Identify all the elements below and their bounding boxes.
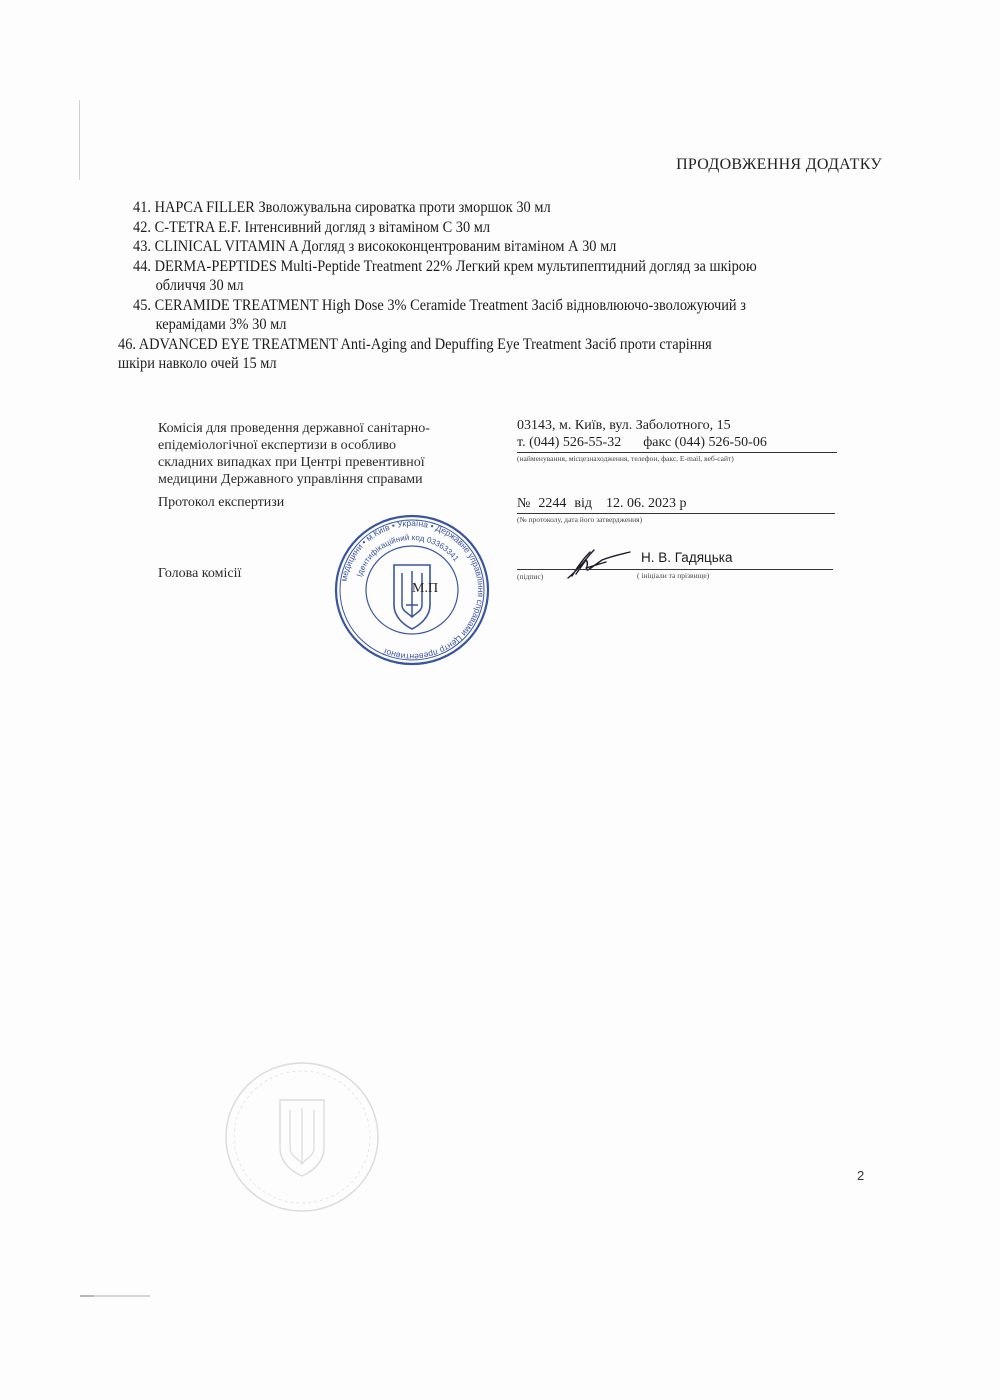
protocol-number: 2244 — [538, 495, 566, 512]
divider — [517, 569, 833, 570]
signatory-name: Н. В. Гадяцька — [641, 550, 732, 565]
protocol-date: 12. 06. 2023 р — [606, 495, 687, 512]
document-page: ПРОДОВЖЕННЯ ДОДАТКУ 41. HAPCA FILLER Зво… — [0, 0, 1000, 1400]
list-item: 44. DERMA-PEPTIDES Multi-Peptide Treatme… — [118, 257, 851, 296]
divider — [517, 452, 837, 453]
protocol-block: № 2244 від 12. 06. 2023 р (№ протоколу, … — [517, 495, 835, 524]
commission-block: Комісія для проведення державної санітар… — [158, 420, 488, 511]
signature-mark — [562, 548, 632, 582]
fax: факс (044) 526-50-06 — [643, 434, 767, 451]
list-item: 46. ADVANCED EYE TREATMENT Anti-Aging an… — [118, 335, 851, 374]
list-item: 41. HAPCA FILLER Зволожувальна сироватка… — [118, 198, 851, 218]
phone: т. (044) 526-55-32 — [517, 434, 621, 451]
scan-edge-mark — [79, 100, 80, 180]
list-item: 42. C-TETRA E.F. Інтенсивний догляд з ві… — [118, 218, 851, 238]
protocol-label: Протокол експертизи — [158, 494, 488, 511]
list-item: 43. CLINICAL VITAMIN A Догляд з висококо… — [118, 237, 851, 257]
address-block: 03143, м. Київ, вул. Заболотного, 15 т. … — [517, 417, 837, 463]
scan-bottom-mark — [80, 1295, 150, 1297]
list-item: 45. CERAMIDE TREATMENT High Dose 3% Cera… — [118, 296, 851, 335]
divider — [517, 513, 835, 514]
stamp-mark-label: М.П — [412, 581, 438, 597]
chair-label: Голова комісії — [158, 566, 241, 582]
faint-seal-icon — [222, 1060, 382, 1215]
official-stamp: медицини • м.Київ • Україна • Державне у… — [332, 513, 492, 668]
page-heading: ПРОДОВЖЕННЯ ДОДАТКУ — [676, 156, 882, 174]
faint-stamp-imprint — [222, 1060, 382, 1215]
page-number: 2 — [857, 1168, 864, 1183]
product-list: 41. HAPCA FILLER Зволожувальна сироватка… — [118, 198, 898, 374]
